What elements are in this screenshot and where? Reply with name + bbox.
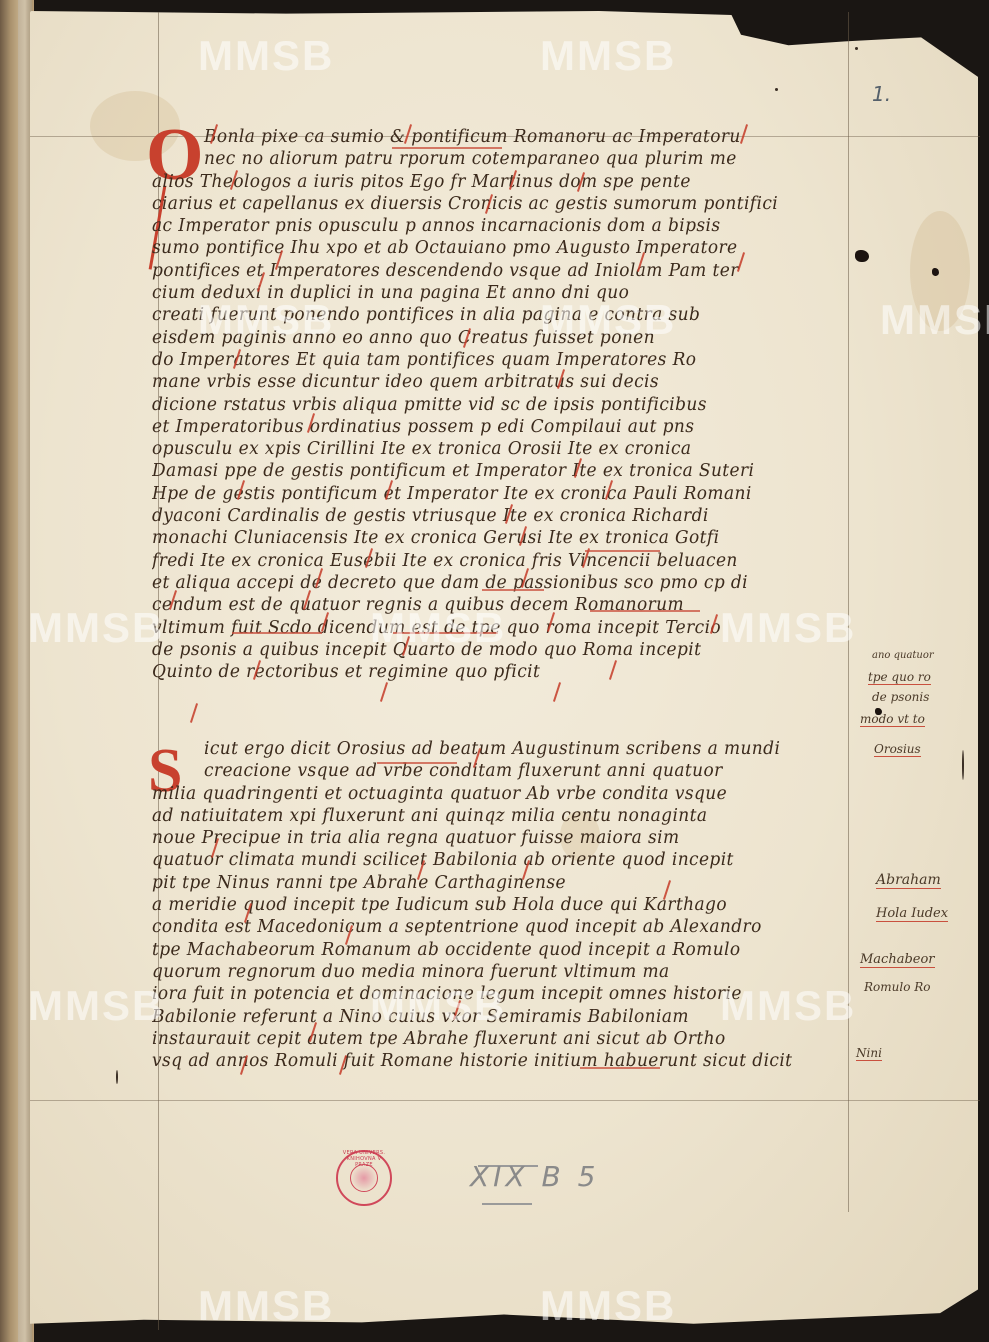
- margin-note: Hola Iudex: [876, 906, 948, 922]
- stamp-lion-emblem: [350, 1164, 378, 1192]
- text-line: quatuor climata mundi scilicet Babilonia…: [152, 849, 852, 872]
- watermark: MMSB: [198, 296, 334, 344]
- text-line: do Imperatores Et quia tam pontifices qu…: [152, 348, 852, 371]
- margin-note: modo vt to: [860, 712, 925, 727]
- text-line: ad natiuitatem xpi fluxerunt ani quinqz …: [152, 804, 852, 827]
- red-underline: [392, 147, 502, 149]
- text-line: et Imperatoribus ordinatius possem p edi…: [152, 415, 852, 438]
- watermark: MMSB: [370, 604, 506, 652]
- margin-note: Romulo Ro: [864, 980, 931, 994]
- text-line: dicione rstatus vrbis aliqua pmitte vid …: [152, 393, 852, 416]
- watermark: MMSB: [720, 604, 856, 652]
- text-line: a meridie quod incepit tpe Iudicum sub H…: [152, 894, 852, 917]
- text-line: quorum regnorum duo media minora fuerunt…: [152, 960, 852, 983]
- ink-tick: [962, 750, 964, 780]
- margin-note: Nini: [856, 1046, 882, 1061]
- watermark: MMSB: [198, 1282, 334, 1330]
- shelfmark: XIX B 5: [470, 1160, 599, 1193]
- text-line: monachi Cluniacensis Ite ex cronica Geru…: [152, 527, 852, 550]
- watermark: MMSB: [28, 982, 164, 1030]
- text-line: noue Precipue in tria alia regna quatuor…: [152, 827, 852, 850]
- text-line: dyaconi Cardinalis de gestis vtriusque I…: [152, 504, 852, 527]
- text-line: condita est Macedonicum a septentrione q…: [152, 916, 852, 939]
- red-underline: [590, 610, 700, 612]
- red-underline: [585, 550, 660, 552]
- text-line: vsq ad annos Romuli fuit Romane historie…: [152, 1050, 852, 1073]
- text-line: fredi Ite ex cronica Eusebii Ite ex cron…: [152, 549, 852, 572]
- red-underline: [377, 762, 457, 764]
- text-line: ac Imperator pnis opusculu p annos incar…: [152, 215, 852, 238]
- margin-note: Machabeor: [860, 952, 935, 968]
- margin-note: Orosius: [874, 742, 921, 757]
- text-line: Damasi ppe de gestis pontificum et Imper…: [152, 460, 852, 483]
- text-line: pit tpe Ninus ranni tpe Abrahe Carthagin…: [152, 871, 852, 894]
- watermark: MMSB: [370, 982, 506, 1030]
- watermark: MMSB: [540, 32, 676, 80]
- watermark: MMSB: [720, 982, 856, 1030]
- text-line: et aliqua accepi de decreto que dam de p…: [152, 571, 852, 594]
- text-line: icut ergo dicit Orosius ad beatum August…: [152, 737, 852, 760]
- ink-blot: [855, 250, 869, 262]
- ink-dot: [855, 47, 858, 50]
- red-underline: [580, 1067, 660, 1069]
- text-line: Hpe de gestis pontificum et Imperator It…: [152, 482, 852, 505]
- watermark: MMSB: [880, 296, 989, 344]
- binding-strip: [18, 0, 32, 1342]
- margin-note: ano quatuor: [872, 650, 934, 661]
- shelfmark-underline: [482, 1203, 532, 1205]
- library-stamp: VERA UNIVERS. KNIHOVNA V PRAZE: [336, 1150, 392, 1206]
- text-line: alios Theologos a iuris pitos Ego fr Mar…: [152, 170, 852, 193]
- text-line: pontifices et Imperatores descendendo vs…: [152, 259, 852, 282]
- watermark: MMSB: [540, 1282, 676, 1330]
- text-line: nec no aliorum patru rporum cotemparaneo…: [152, 148, 852, 171]
- text-line: Bonla pixe ca sumio & pontificum Romanor…: [152, 125, 852, 148]
- margin-note: Abraham: [876, 872, 941, 889]
- watermark: MMSB: [28, 604, 164, 652]
- text-line: creacione vsque ad vrbe conditam fluxeru…: [152, 760, 852, 783]
- folio-number: 1.: [872, 82, 891, 106]
- text-line: ciarius et capellanus ex diuersis Cronic…: [152, 192, 852, 215]
- red-underline: [232, 632, 322, 634]
- watermark: MMSB: [540, 296, 676, 344]
- watermark: MMSB: [198, 32, 334, 80]
- ink-blot: [875, 708, 882, 715]
- text-line: milia quadringenti et octuaginta quatuor…: [152, 782, 852, 805]
- text-line: mane vrbis esse dicuntur ideo quem arbit…: [152, 371, 852, 394]
- ink-blot: [932, 268, 939, 276]
- ink-dot: [775, 88, 778, 91]
- text-line: instaurauit cepit autem tpe Abrahe fluxe…: [152, 1027, 852, 1050]
- paragraph-1: Bonla pixe ca sumio & pontificum Romanor…: [152, 126, 852, 683]
- text-line: tpe Machabeorum Romanum ab occidente quo…: [152, 938, 852, 961]
- ink-tick: [116, 1070, 118, 1084]
- margin-note: de psonis: [872, 690, 929, 704]
- margin-note: tpe quo ro: [868, 670, 931, 685]
- text-line: sumo pontifice Ihu xpo et ab Octauiano p…: [152, 237, 852, 260]
- red-underline: [482, 589, 544, 591]
- text-line: opusculu ex xpis Cirillini Ite ex tronic…: [152, 438, 852, 461]
- ruling-bottom: [30, 1100, 980, 1101]
